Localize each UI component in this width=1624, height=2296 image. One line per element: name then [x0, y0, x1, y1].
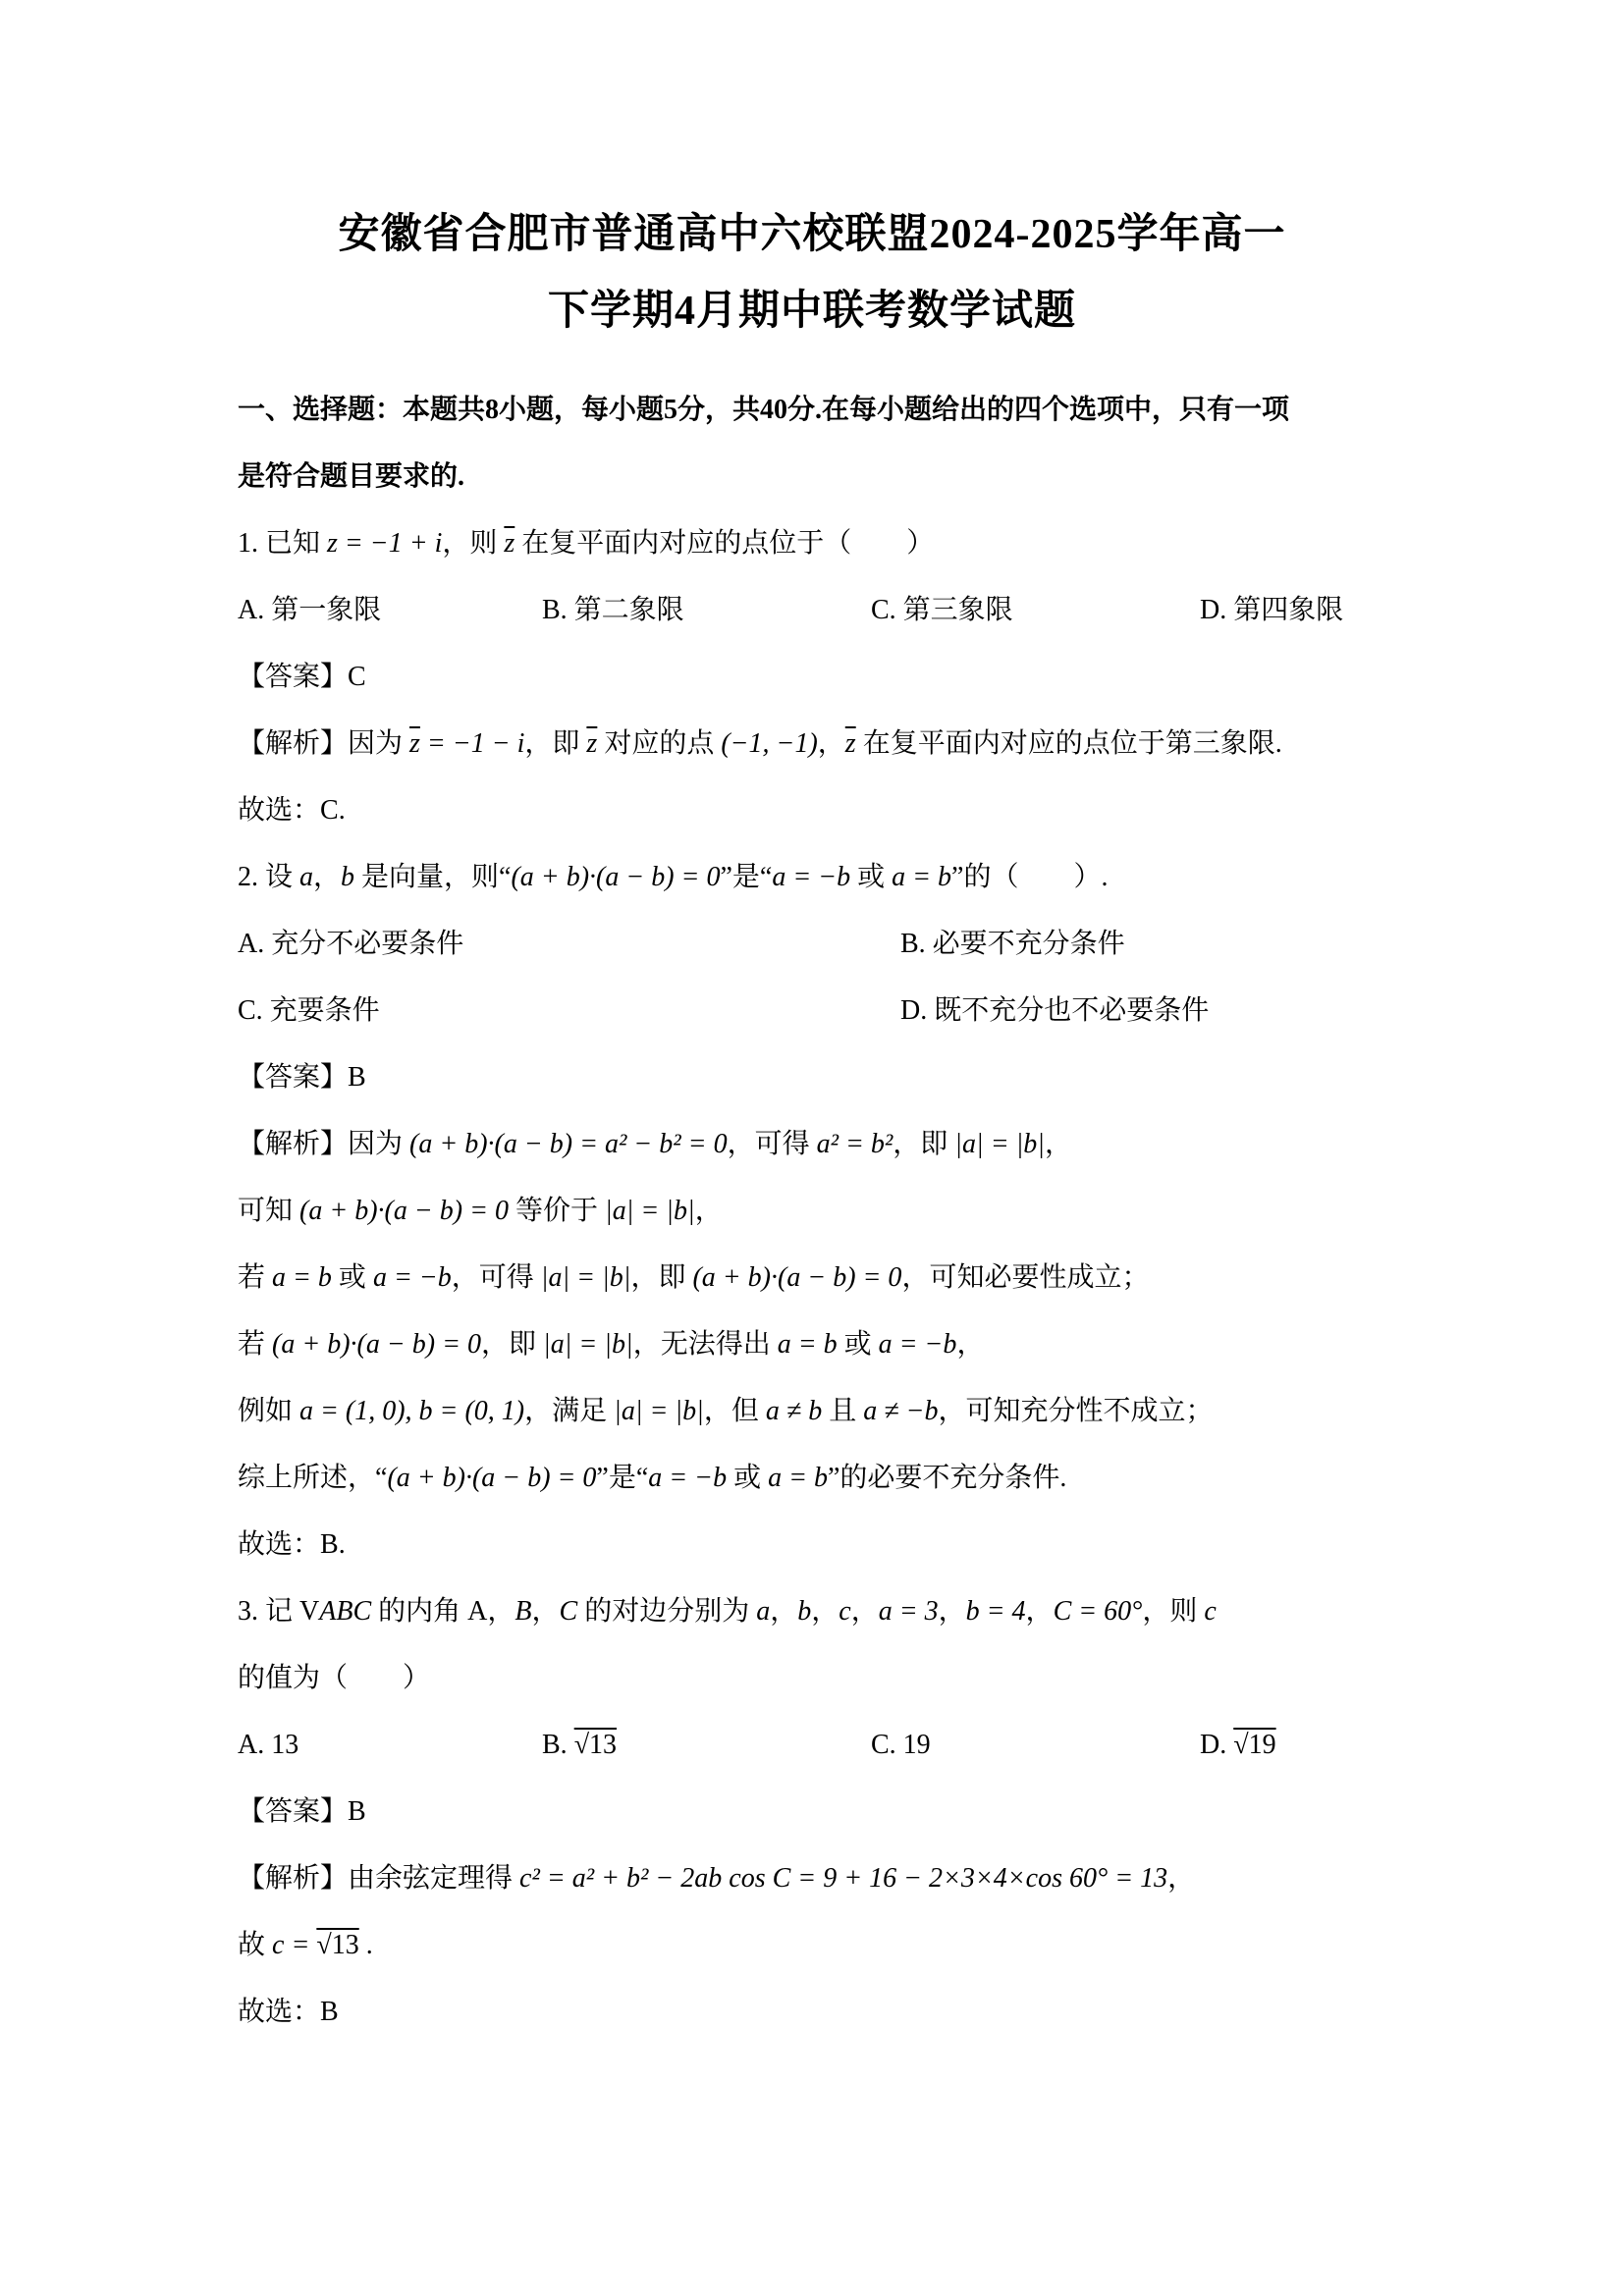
math-text: a = b: [778, 1329, 838, 1360]
cn-text: A. 13: [238, 1730, 298, 1760]
question-3-solution-line-2: 故 c = √13 .: [238, 1912, 1386, 1979]
sqrt-expression: √13: [316, 1930, 358, 1960]
math-text: (a + b)·(a − b) = 0: [299, 1196, 509, 1226]
cn-text: C. 充要条件: [238, 995, 380, 1026]
cn-text: 或: [850, 862, 892, 892]
roman-text: C.: [320, 795, 346, 826]
cn-text: 例如: [238, 1396, 299, 1426]
roman-text: B: [348, 1062, 366, 1093]
option-cell: B. √13: [542, 1712, 871, 1779]
math-text: a ≠ b: [766, 1396, 822, 1426]
cn-text: ，: [1167, 1863, 1195, 1894]
math-text: C = 60°: [1054, 1596, 1143, 1627]
cn-text: 2. 设: [238, 862, 299, 892]
cn-text: ，可得: [728, 1129, 817, 1159]
option-cell: B. 第二象限: [542, 577, 871, 644]
math-text: ABC: [319, 1596, 371, 1627]
sqrt-expression: √19: [1233, 1730, 1275, 1760]
cn-text: B. 第二象限: [542, 595, 684, 625]
cn-text: ，即: [630, 1262, 692, 1293]
section-header-line-2: 是符合题目要求的.: [238, 444, 1386, 510]
cn-text: A. 第一象限: [238, 595, 381, 625]
question-1-solution: 【解析】因为 z = −1 − i，即 z 对应的点 (−1, −1)，z 在复…: [238, 711, 1386, 777]
cn-text: B.: [542, 1730, 574, 1760]
cn-text: 在复平面内对应的点位于（ ）: [514, 528, 934, 559]
question-1-stem: 1. 已知 z = −1 + i，则 z 在复平面内对应的点位于（ ）: [238, 510, 1386, 577]
cn-text: ，但: [704, 1396, 766, 1426]
conjugate-bar-text: z: [409, 728, 420, 759]
cn-text: 3. 记: [238, 1596, 299, 1627]
roman-text: C: [348, 662, 366, 692]
question-2-stem: 2. 设 a，b 是向量，则“(a + b)·(a − b) = 0”是“a =…: [238, 844, 1386, 911]
cn-text: D. 第四象限: [1200, 595, 1343, 625]
exam-title-line-1: 安徽省合肥市普通高中六校联盟2024-2025学年高一: [238, 196, 1386, 273]
option-cell: C. 第三象限: [871, 577, 1200, 644]
cn-text: ”的（ ）.: [951, 862, 1108, 892]
math-text: a = −b: [373, 1262, 452, 1293]
math-text: (−1, −1): [721, 728, 817, 759]
option-cell: B. 必要不充分条件: [900, 911, 1125, 978]
cn-text: ，: [532, 1596, 560, 1627]
cn-text: 故: [238, 1930, 272, 1960]
cn-text: ，: [811, 1596, 839, 1627]
cn-text: 【答案】: [238, 1062, 348, 1093]
cn-text: 【答案】: [238, 1796, 348, 1827]
cn-text: 【解析】由余弦定理得: [238, 1863, 519, 1894]
cn-text: ，无法得出: [633, 1329, 778, 1360]
conjugate-bar-text: z: [586, 728, 597, 759]
section-header-line-1: 一、选择题：本题共8小题，每小题5分，共40分.在每小题给出的四个选项中，只有一…: [238, 377, 1386, 444]
question-2-solution-line-3: 若 a = b 或 a = −b，可得 |a| = |b|，即 (a + b)·…: [238, 1245, 1386, 1311]
cn-text: ，则: [1142, 1596, 1204, 1627]
math-text: a: [299, 862, 313, 892]
cn-text: 若: [238, 1262, 272, 1293]
math-text: (a + b)·(a − b) = 0: [511, 862, 720, 892]
sqrt-expression: √13: [574, 1730, 617, 1760]
cn-text: 故选：: [238, 795, 320, 826]
cn-text: ，可得: [452, 1262, 541, 1293]
question-1-options: A. 第一象限B. 第二象限C. 第三象限D. 第四象限: [238, 577, 1386, 644]
roman-text: V: [299, 1596, 319, 1627]
cn-text: ，: [939, 1596, 966, 1627]
cn-text: 【解析】因为: [238, 728, 409, 759]
option-cell: D. 第四象限: [1200, 577, 1343, 644]
question-3-stem-line-2: 的值为（ ）: [238, 1645, 1386, 1712]
cn-text: ，则: [442, 528, 504, 559]
cn-text: C. 第三象限: [871, 595, 1013, 625]
cn-text: ，: [695, 1196, 723, 1226]
cn-text: 可知: [238, 1196, 299, 1226]
cn-text: 在复平面内对应的点位于第三象限.: [856, 728, 1282, 759]
cn-text: 1. 已知: [238, 528, 327, 559]
math-text: b: [341, 862, 354, 892]
cn-text: 综上所述，“: [238, 1463, 387, 1493]
cn-text: 且: [822, 1396, 863, 1426]
cn-text: 的对边分别为: [577, 1596, 756, 1627]
math-text: a = −b: [648, 1463, 727, 1493]
cn-text: 对应的点: [597, 728, 721, 759]
cn-text: ，: [487, 1596, 514, 1627]
option-cell: A. 13: [238, 1712, 542, 1779]
cn-text: ，: [770, 1596, 797, 1627]
math-text: b = 4: [966, 1596, 1026, 1627]
question-2-solution-line-2: 可知 (a + b)·(a − b) = 0 等价于 |a| = |b|，: [238, 1178, 1386, 1245]
cn-text: 【解析】因为: [238, 1129, 409, 1159]
math-text: a = (1, 0), b = (0, 1): [299, 1396, 524, 1426]
math-text: a = 3: [879, 1596, 939, 1627]
math-text: |a| = |b|: [954, 1129, 1045, 1159]
question-3-solution-line-1: 【解析】由余弦定理得 c² = a² + b² − 2ab cos C = 9 …: [238, 1845, 1386, 1912]
conjugate-bar-text: z: [504, 528, 514, 559]
math-text: |a| = |b|: [541, 1262, 631, 1293]
cn-text: B. 必要不充分条件: [900, 929, 1125, 959]
question-3-options: A. 13B. √13C. 19D. √19: [238, 1712, 1386, 1779]
math-text: c: [839, 1596, 850, 1627]
question-2-choice: 故选：B.: [238, 1512, 1386, 1578]
math-text: |a| = |b|: [605, 1196, 695, 1226]
cn-text: ，即: [481, 1329, 543, 1360]
cn-text: ，: [956, 1329, 984, 1360]
option-cell: A. 充分不必要条件: [238, 911, 900, 978]
cn-text: ，: [851, 1596, 879, 1627]
cn-text: ，即: [524, 728, 586, 759]
cn-text: ”的必要不充分条件.: [828, 1463, 1066, 1493]
roman-text: A: [467, 1596, 487, 1627]
cn-text: 【答案】: [238, 662, 348, 692]
cn-text: 若: [238, 1329, 272, 1360]
math-text: b: [797, 1596, 811, 1627]
exam-paper-page: 安徽省合肥市普通高中六校联盟2024-2025学年高一 下学期4月期中联考数学试…: [0, 0, 1624, 2296]
math-text: z = −1 + i: [327, 528, 442, 559]
math-text: (a + b)·(a − b) = 0: [387, 1463, 596, 1493]
question-2-solution-line-5: 例如 a = (1, 0), b = (0, 1)，满足 |a| = |b|，但…: [238, 1378, 1386, 1445]
question-2-answer: 【答案】B: [238, 1044, 1386, 1111]
question-2-solution-line-4: 若 (a + b)·(a − b) = 0，即 |a| = |b|，无法得出 a…: [238, 1311, 1386, 1378]
roman-text: B.: [320, 1529, 346, 1560]
bold-cn-text: 是符合题目要求的.: [238, 461, 464, 492]
math-text: (a + b)·(a − b) = 0: [692, 1262, 901, 1293]
cn-text: 的值为（ ）: [238, 1663, 430, 1693]
math-text: c =: [272, 1930, 316, 1960]
cn-text: ，: [818, 728, 845, 759]
math-text: = −1 − i: [420, 728, 524, 759]
cn-text: ，即: [893, 1129, 954, 1159]
question-1-answer: 【答案】C: [238, 644, 1386, 711]
cn-text: .: [359, 1930, 373, 1960]
math-text: |a| = |b|: [614, 1396, 704, 1426]
math-text: a ≠ −b: [863, 1396, 938, 1426]
option-cell: D. 既不充分也不必要条件: [900, 978, 1209, 1044]
cn-text: ”是“: [596, 1463, 648, 1493]
question-2-solution-line-1: 【解析】因为 (a + b)·(a − b) = a² − b² = 0，可得 …: [238, 1111, 1386, 1178]
cn-text: A. 充分不必要条件: [238, 929, 463, 959]
option-cell: C. 19: [871, 1712, 1200, 1779]
math-text: c² = a² + b² − 2ab cos C = 9 + 16 − 2×3×…: [519, 1863, 1167, 1894]
question-2-options-row-2: C. 充要条件D. 既不充分也不必要条件: [238, 978, 1386, 1044]
exam-title-line-2: 下学期4月期中联考数学试题: [238, 273, 1386, 349]
roman-text: B: [320, 1997, 339, 2027]
option-cell: D. √19: [1200, 1712, 1276, 1779]
cn-text: 或: [838, 1329, 879, 1360]
math-text: a = b: [892, 862, 951, 892]
math-text: a = −b: [879, 1329, 957, 1360]
math-text: (a + b)·(a − b) = 0: [272, 1329, 481, 1360]
math-text: a: [756, 1596, 770, 1627]
math-text: c: [1204, 1596, 1216, 1627]
question-3-answer: 【答案】B: [238, 1779, 1386, 1845]
cn-text: ，: [1045, 1129, 1072, 1159]
question-1-choice: 故选：C.: [238, 777, 1386, 844]
math-text: a = b: [272, 1262, 332, 1293]
cn-text: 故选：: [238, 1529, 320, 1560]
cn-text: 等价于: [509, 1196, 605, 1226]
option-cell: A. 第一象限: [238, 577, 542, 644]
exam-body: 一、选择题：本题共8小题，每小题5分，共40分.在每小题给出的四个选项中，只有一…: [238, 377, 1386, 2046]
cn-text: C. 19: [871, 1730, 931, 1760]
cn-text: ，可知充分性不成立；: [938, 1396, 1213, 1426]
cn-text: ，: [313, 862, 341, 892]
conjugate-bar-text: z: [845, 728, 856, 759]
cn-text: 的内角: [371, 1596, 467, 1627]
question-2-solution-line-6: 综上所述，“(a + b)·(a − b) = 0”是“a = −b 或 a =…: [238, 1445, 1386, 1512]
math-text: B: [514, 1596, 531, 1627]
question-2-options-row-1: A. 充分不必要条件B. 必要不充分条件: [238, 911, 1386, 978]
bold-cn-text: 一、选择题：本题共8小题，每小题5分，共40分.在每小题给出的四个选项中，只有一…: [238, 395, 1289, 425]
cn-text: 或: [332, 1262, 373, 1293]
cn-text: 故选：: [238, 1997, 320, 2027]
math-text: a = −b: [772, 862, 850, 892]
cn-text: ”是“: [720, 862, 772, 892]
math-text: a = b: [768, 1463, 828, 1493]
cn-text: D.: [1200, 1730, 1233, 1760]
exam-title: 安徽省合肥市普通高中六校联盟2024-2025学年高一 下学期4月期中联考数学试…: [238, 0, 1386, 349]
cn-text: D. 既不充分也不必要条件: [900, 995, 1209, 1026]
cn-text: ，满足: [524, 1396, 614, 1426]
option-cell: C. 充要条件: [238, 978, 900, 1044]
roman-text: B: [348, 1796, 366, 1827]
cn-text: ，可知必要性成立；: [901, 1262, 1149, 1293]
cn-text: 或: [727, 1463, 768, 1493]
math-text: a² = b²: [817, 1129, 893, 1159]
question-3-choice: 故选：B: [238, 1979, 1386, 2046]
question-3-stem-line-1: 3. 记 VABC 的内角 A，B，C 的对边分别为 a，b，c，a = 3，b…: [238, 1578, 1386, 1645]
math-text: (a + b)·(a − b) = a² − b² = 0: [409, 1129, 728, 1159]
math-text: C: [560, 1596, 578, 1627]
cn-text: 是向量，则“: [354, 862, 511, 892]
math-text: |a| = |b|: [543, 1329, 633, 1360]
cn-text: ，: [1026, 1596, 1054, 1627]
